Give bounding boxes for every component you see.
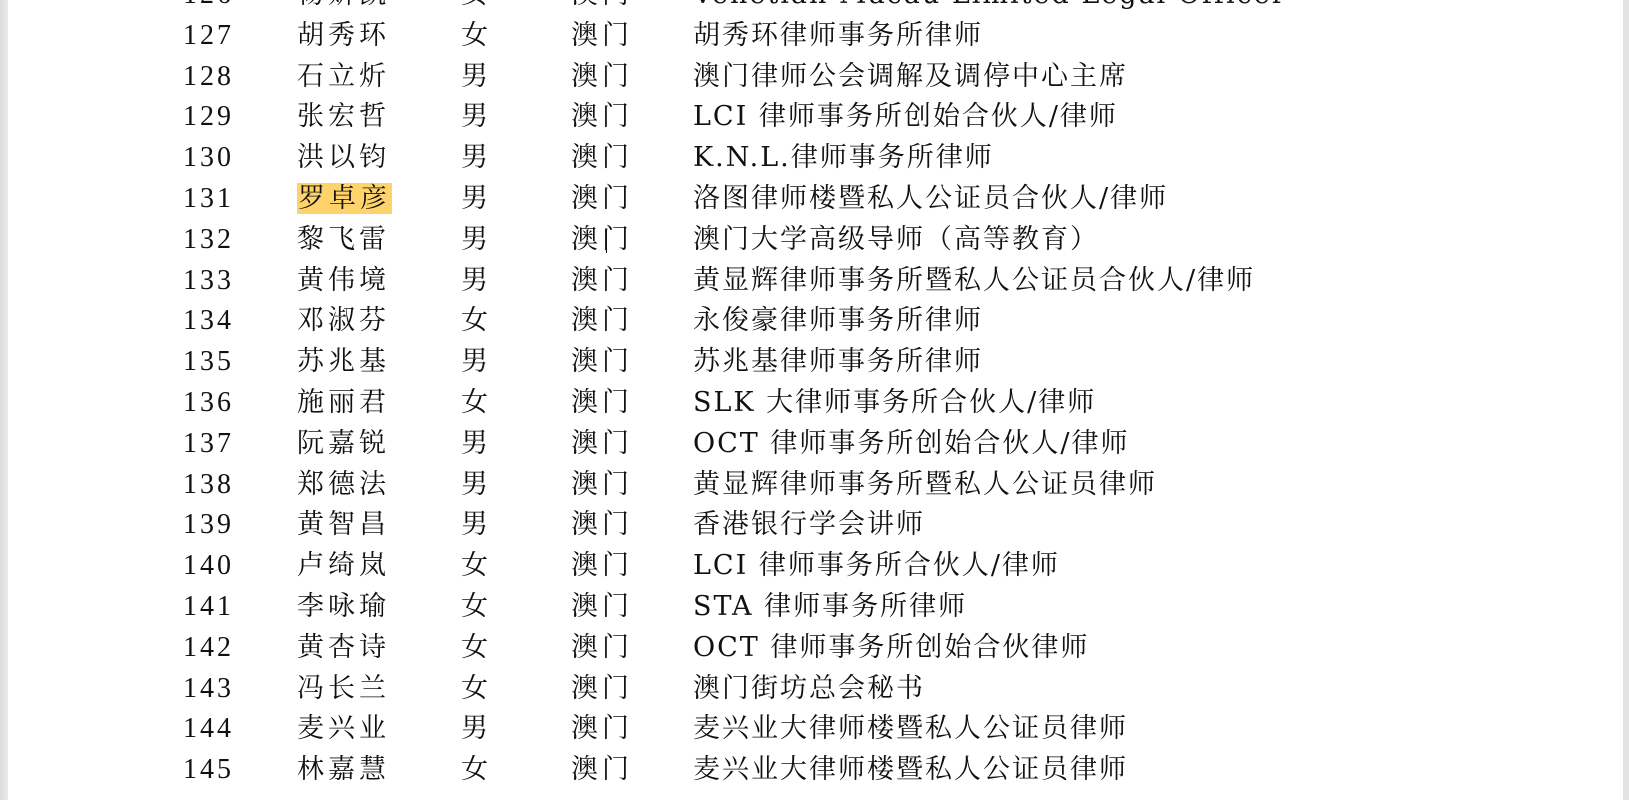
position-cell: 苏兆基律师事务所律师 bbox=[693, 342, 983, 383]
table-row: 126杨妍凯女澳门Venetian Macau Limited Legal Of… bbox=[8, 0, 1623, 16]
position-cell: LCI 律师事务所创始合伙人/律师 bbox=[693, 97, 1118, 138]
position-cell: SLK 大律师事务所合伙人/律师 bbox=[693, 383, 1096, 424]
region-cell: 澳门 bbox=[571, 424, 633, 465]
position-cell: 黄显辉律师事务所暨私人公证员律师 bbox=[693, 465, 1157, 506]
table-row: 135苏兆基男澳门苏兆基律师事务所律师 bbox=[8, 342, 1623, 383]
region-cell: 澳门 bbox=[571, 383, 633, 424]
gender-cell: 女 bbox=[461, 628, 492, 669]
viewer-left-border bbox=[0, 0, 8, 800]
table-row: 139黄智昌男澳门香港银行学会讲师 bbox=[8, 505, 1623, 546]
gender-cell: 男 bbox=[461, 220, 492, 261]
row-number: 135 bbox=[183, 342, 234, 383]
region-cell: 澳门 bbox=[571, 301, 633, 342]
position-cell: 澳门律师公会调解及调停中心主席 bbox=[693, 57, 1128, 98]
name-cell: 黄杏诗 bbox=[297, 628, 390, 669]
name-cell: 郑德法 bbox=[297, 465, 390, 506]
gender-cell: 女 bbox=[461, 383, 492, 424]
region-cell: 澳门 bbox=[571, 669, 633, 710]
region-cell: 澳门 bbox=[571, 628, 633, 669]
position-cell: 香港银行学会讲师 bbox=[693, 505, 925, 546]
position-cell: 永俊豪律师事务所律师 bbox=[693, 301, 983, 342]
name-cell: 苏兆基 bbox=[297, 342, 390, 383]
name-cell[interactable]: 罗卓彦 bbox=[297, 179, 392, 220]
row-number: 139 bbox=[183, 505, 234, 546]
table-row: 140卢绮岚女澳门LCI 律师事务所合伙人/律师 bbox=[8, 546, 1623, 587]
table-row: 131罗卓彦男澳门洛图律师楼暨私人公证员合伙人/律师 bbox=[8, 179, 1623, 220]
table-row: 141李咏瑜女澳门STA 律师事务所律师 bbox=[8, 587, 1623, 628]
region-cell: 澳门 bbox=[571, 342, 633, 383]
row-number: 142 bbox=[183, 628, 234, 669]
row-number: 136 bbox=[183, 383, 234, 424]
position-cell: STA 律师事务所律师 bbox=[693, 587, 967, 628]
name-cell: 张宏哲 bbox=[297, 97, 390, 138]
name-cell: 林嘉慧 bbox=[297, 750, 390, 791]
gender-cell: 女 bbox=[461, 587, 492, 628]
position-cell: LCI 律师事务所合伙人/律师 bbox=[693, 546, 1060, 587]
row-number: 134 bbox=[183, 301, 234, 342]
row-number: 145 bbox=[183, 750, 234, 791]
region-cell: 澳门 bbox=[571, 750, 633, 791]
row-number: 131 bbox=[183, 179, 234, 220]
gender-cell: 女 bbox=[461, 0, 492, 16]
gender-cell: 男 bbox=[461, 261, 492, 302]
name-cell: 杨妍凯 bbox=[297, 0, 390, 16]
name-cell: 麦兴业 bbox=[297, 709, 390, 750]
name-cell: 黄智昌 bbox=[297, 505, 390, 546]
gender-cell: 女 bbox=[461, 546, 492, 587]
position-cell: Venetian Macau Limited Legal Officer bbox=[693, 0, 1287, 16]
row-number: 130 bbox=[183, 138, 234, 179]
position-cell: 澳门大学高级导师（高等教育） bbox=[693, 220, 1099, 261]
row-number: 132 bbox=[183, 220, 234, 261]
name-cell: 施丽君 bbox=[297, 383, 390, 424]
position-cell: 黄显辉律师事务所暨私人公证员合伙人/律师 bbox=[693, 261, 1255, 302]
gender-cell: 男 bbox=[461, 342, 492, 383]
table-row: 145林嘉慧女澳门麦兴业大律师楼暨私人公证员律师 bbox=[8, 750, 1623, 791]
row-number: 128 bbox=[183, 57, 234, 98]
gender-cell: 男 bbox=[461, 424, 492, 465]
name-cell: 冯长兰 bbox=[297, 669, 390, 710]
region-cell: 澳门 bbox=[571, 505, 633, 546]
name-cell: 邓淑芬 bbox=[297, 301, 390, 342]
region-cell: 澳门 bbox=[571, 179, 633, 220]
highlighted-name[interactable]: 罗卓彦 bbox=[297, 183, 392, 214]
name-cell: 洪以钧 bbox=[297, 138, 390, 179]
row-number: 138 bbox=[183, 465, 234, 506]
name-cell: 李咏瑜 bbox=[297, 587, 390, 628]
gender-cell: 男 bbox=[461, 465, 492, 506]
region-cell: 澳门 bbox=[571, 546, 633, 587]
table-row: 133黄伟境男澳门黄显辉律师事务所暨私人公证员合伙人/律师 bbox=[8, 261, 1623, 302]
gender-cell: 男 bbox=[461, 179, 492, 220]
gender-cell: 女 bbox=[461, 16, 492, 57]
name-cell: 黄伟境 bbox=[297, 261, 390, 302]
row-number: 127 bbox=[183, 16, 234, 57]
table-row: 129张宏哲男澳门LCI 律师事务所创始合伙人/律师 bbox=[8, 97, 1623, 138]
gender-cell: 男 bbox=[461, 57, 492, 98]
table-row: 137阮嘉锐男澳门OCT 律师事务所创始合伙人/律师 bbox=[8, 424, 1623, 465]
region-cell: 澳门 bbox=[571, 57, 633, 98]
region-cell: 澳门 bbox=[571, 465, 633, 506]
table-row: 128石立炘男澳门澳门律师公会调解及调停中心主席 bbox=[8, 57, 1623, 98]
row-number: 126 bbox=[183, 0, 234, 16]
document-page[interactable]: 126杨妍凯女澳门Venetian Macau Limited Legal Of… bbox=[8, 0, 1623, 800]
text-cursor bbox=[606, 229, 607, 253]
name-cell: 石立炘 bbox=[297, 57, 390, 98]
document-viewer: 126杨妍凯女澳门Venetian Macau Limited Legal Of… bbox=[0, 0, 1629, 800]
gender-cell: 男 bbox=[461, 138, 492, 179]
region-cell: 澳门 bbox=[571, 220, 633, 261]
table-row: 144麦兴业男澳门麦兴业大律师楼暨私人公证员律师 bbox=[8, 709, 1623, 750]
table-row: 138郑德法男澳门黄显辉律师事务所暨私人公证员律师 bbox=[8, 465, 1623, 506]
gender-cell: 男 bbox=[461, 97, 492, 138]
table-row: 136施丽君女澳门SLK 大律师事务所合伙人/律师 bbox=[8, 383, 1623, 424]
region-cell: 澳门 bbox=[571, 138, 633, 179]
row-number: 141 bbox=[183, 587, 234, 628]
table-row: 130洪以钧男澳门K.N.L.律师事务所律师 bbox=[8, 138, 1623, 179]
table-row: 127胡秀环女澳门胡秀环律师事务所律师 bbox=[8, 16, 1623, 57]
name-cell: 黎飞雷 bbox=[297, 220, 390, 261]
member-list: 126杨妍凯女澳门Venetian Macau Limited Legal Of… bbox=[8, 0, 1623, 791]
table-row: 132黎飞雷男澳门澳门大学高级导师（高等教育） bbox=[8, 220, 1623, 261]
gender-cell: 女 bbox=[461, 750, 492, 791]
region-cell: 澳门 bbox=[571, 709, 633, 750]
position-cell: K.N.L.律师事务所律师 bbox=[693, 138, 994, 179]
position-cell: 洛图律师楼暨私人公证员合伙人/律师 bbox=[693, 179, 1168, 220]
row-number: 144 bbox=[183, 709, 234, 750]
position-cell: 麦兴业大律师楼暨私人公证员律师 bbox=[693, 750, 1128, 791]
gender-cell: 女 bbox=[461, 669, 492, 710]
table-row: 142黄杏诗女澳门OCT 律师事务所创始合伙律师 bbox=[8, 628, 1623, 669]
vertical-scrollbar[interactable] bbox=[1623, 0, 1629, 800]
row-number: 143 bbox=[183, 669, 234, 710]
table-row: 143冯长兰女澳门澳门街坊总会秘书 bbox=[8, 669, 1623, 710]
region-cell: 澳门 bbox=[571, 0, 633, 16]
gender-cell: 男 bbox=[461, 505, 492, 546]
row-number: 140 bbox=[183, 546, 234, 587]
position-cell: 麦兴业大律师楼暨私人公证员律师 bbox=[693, 709, 1128, 750]
name-cell: 胡秀环 bbox=[297, 16, 390, 57]
gender-cell: 女 bbox=[461, 301, 492, 342]
position-cell: 胡秀环律师事务所律师 bbox=[693, 16, 983, 57]
region-cell: 澳门 bbox=[571, 587, 633, 628]
gender-cell: 男 bbox=[461, 709, 492, 750]
region-cell: 澳门 bbox=[571, 261, 633, 302]
row-number: 137 bbox=[183, 424, 234, 465]
name-cell: 卢绮岚 bbox=[297, 546, 390, 587]
position-cell: OCT 律师事务所创始合伙人/律师 bbox=[693, 424, 1129, 465]
table-row: 134邓淑芬女澳门永俊豪律师事务所律师 bbox=[8, 301, 1623, 342]
row-number: 129 bbox=[183, 97, 234, 138]
name-cell: 阮嘉锐 bbox=[297, 424, 390, 465]
region-cell: 澳门 bbox=[571, 16, 633, 57]
position-cell: 澳门街坊总会秘书 bbox=[693, 669, 925, 710]
row-number: 133 bbox=[183, 261, 234, 302]
position-cell: OCT 律师事务所创始合伙律师 bbox=[693, 628, 1089, 669]
region-cell: 澳门 bbox=[571, 97, 633, 138]
